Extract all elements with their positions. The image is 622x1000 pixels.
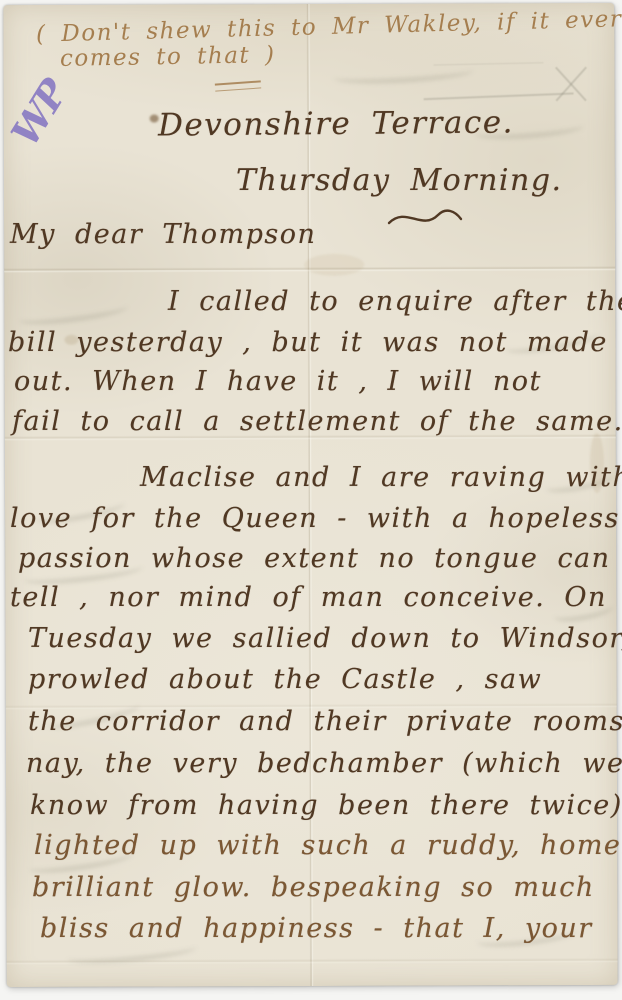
salutation: My dear Thompson [10, 219, 316, 250]
body-line: Tuesday we sallied down to Windsor, [28, 623, 622, 654]
body-line: Maclise and I are raving with [140, 462, 622, 493]
body-line: the corridor and their private rooms. [28, 706, 622, 737]
body-line: I called to enquire after the [168, 286, 622, 317]
body-line: know from having been there twice) [30, 790, 622, 821]
body-line: bliss and happiness - that I, your [40, 913, 593, 944]
heading-date: Thursday Morning. [236, 163, 563, 198]
heading-address: Devonshire Terrace. [158, 104, 514, 143]
pencil-mark [424, 92, 574, 99]
body-line: tell , nor mind of man conceive. On [10, 582, 607, 613]
body-line: bill yesterday , but it was not made [8, 327, 608, 358]
body-line: brilliant glow. bespeaking so much [32, 872, 595, 903]
stain-spot [304, 254, 364, 276]
body-line: fail to call a settlement of the same. [12, 406, 622, 437]
ghost-writing [18, 298, 129, 329]
body-line: out. When I have it , I will not [14, 366, 542, 397]
annotation-note-line2: comes to that ) [60, 42, 276, 72]
body-line: lighted up with such a ruddy, homely, [34, 830, 622, 861]
body-line: passion whose extent no tongue can [18, 543, 611, 574]
body-line: love for the Queen - with a hopeless [10, 503, 620, 534]
body-line: nay, the very bedchamber (which we [26, 748, 622, 779]
ghost-writing [333, 62, 474, 87]
body-line: prowled about the Castle , saw [28, 664, 542, 695]
pencil-mark [433, 62, 543, 65]
pen-flourish [386, 204, 464, 232]
letter-photo: ( Don't shew this to Mr Wakley, if it ev… [0, 0, 622, 1000]
